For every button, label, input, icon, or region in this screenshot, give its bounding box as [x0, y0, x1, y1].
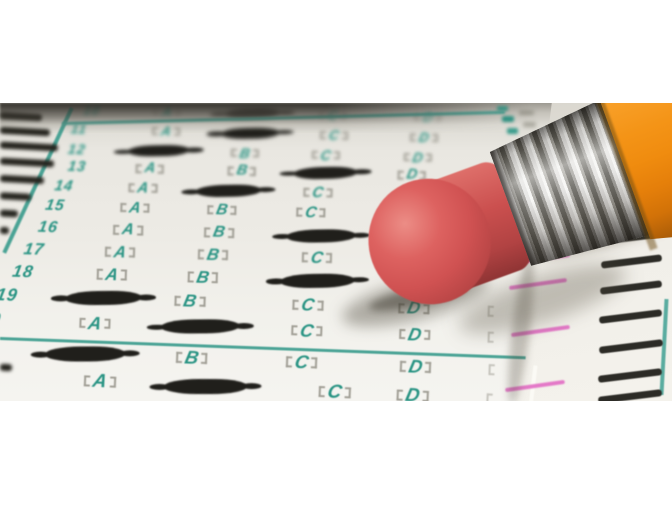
bubble-c: C	[292, 296, 323, 315]
bubble-letter: B	[182, 292, 198, 310]
bubble-letter: C	[293, 353, 310, 372]
bubble-letter: B	[238, 146, 251, 160]
bubble-c: C	[302, 249, 332, 266]
timing-mark	[0, 158, 54, 168]
timing-mark	[0, 192, 31, 201]
bubble-letter: A	[112, 244, 127, 261]
bubble-c	[309, 275, 324, 286]
bracket-right-icon	[311, 357, 317, 368]
bubble-b: B	[188, 268, 219, 286]
bracket-left-icon	[410, 133, 416, 141]
bubble-letter: C	[298, 322, 315, 340]
timing-mark	[0, 175, 44, 184]
bubble-b: B	[174, 292, 205, 311]
row-number: 19	[0, 284, 20, 306]
bracket-left-icon	[312, 151, 318, 160]
bubble-letter: A	[121, 222, 136, 238]
bracket-left-icon	[174, 295, 180, 306]
bubble-c	[317, 169, 332, 178]
bubble-a: A	[113, 222, 143, 239]
bubble-c: C	[318, 382, 351, 401]
bubble-c: C	[296, 205, 326, 221]
bubble-letter: B	[235, 164, 248, 179]
bubble-a	[150, 147, 165, 156]
row-number: 17	[22, 240, 46, 259]
bubble-letter: D	[407, 357, 424, 376]
bubble-b: B	[176, 348, 208, 368]
timing-mark	[0, 210, 18, 218]
bubble-letter: C	[319, 148, 332, 162]
row-number: 13	[66, 159, 87, 175]
bubble-c: C	[286, 352, 318, 372]
row-number: 14	[53, 177, 75, 194]
timing-mark	[0, 227, 9, 234]
row-number: 12	[67, 141, 87, 157]
bubble-letter: A	[143, 161, 156, 176]
bubble-letter: C	[326, 382, 344, 401]
bubble-b	[220, 186, 235, 195]
bubble-a: A	[105, 244, 135, 261]
bracket-left-icon	[136, 164, 142, 173]
bubble-letter: A	[128, 200, 142, 216]
bracket-right-icon	[129, 248, 135, 258]
bracket-left-icon	[303, 188, 309, 197]
bracket-right-icon	[422, 390, 429, 401]
bracket-right-icon	[250, 167, 256, 176]
bubble-a: A	[84, 371, 117, 391]
bracket-left-icon	[486, 393, 493, 401]
bracket-left-icon	[204, 228, 210, 238]
bracket-left-icon	[396, 389, 403, 401]
bubble-letter: B	[212, 225, 227, 241]
bracket-right-icon	[143, 204, 149, 213]
bubble-a	[77, 348, 92, 360]
bracket-right-icon	[201, 353, 207, 364]
bubble-letter: B	[195, 269, 211, 286]
pencil-mark	[293, 167, 357, 180]
row-number: 16	[36, 219, 59, 237]
bracket-left-icon	[113, 225, 119, 235]
bubble-ghost	[488, 364, 494, 375]
bubble-a: A	[97, 266, 128, 284]
bracket-left-icon	[400, 361, 406, 372]
pencil-mark	[163, 379, 247, 394]
bracket-right-icon	[151, 184, 157, 193]
row-number: 18	[11, 262, 36, 283]
bracket-left-icon	[79, 317, 85, 328]
bracket-left-icon	[399, 329, 405, 340]
bracket-right-icon	[230, 206, 236, 215]
bubble-d: D	[396, 386, 429, 401]
bracket-right-icon	[317, 300, 323, 311]
bubble-a: A	[128, 180, 157, 196]
bubble-letter: A	[104, 266, 120, 283]
bubble-letter: C	[311, 185, 325, 200]
bubble-letter: A	[87, 314, 104, 332]
bracket-left-icon	[105, 247, 111, 257]
bubble-a	[95, 293, 110, 304]
bubble-a: A	[136, 161, 165, 176]
bracket-right-icon	[334, 151, 340, 160]
row-number: 20	[0, 309, 3, 331]
bracket-right-icon	[109, 376, 116, 388]
bubble-b	[197, 380, 213, 392]
bubble-b	[192, 321, 207, 332]
out-of-focus-band	[0, 103, 545, 133]
bubble-letter: C	[309, 250, 324, 267]
bracket-right-icon	[212, 273, 218, 283]
bubble-letter: B	[183, 348, 200, 367]
bubble-c: C	[291, 321, 323, 340]
bubble-a: A	[79, 314, 111, 333]
pencil-mark	[44, 346, 125, 361]
bubble-letter: B	[215, 203, 229, 219]
pencil-mark	[286, 229, 357, 243]
bracket-right-icon	[121, 270, 127, 280]
pencil-mark	[127, 145, 189, 157]
timing-mark	[0, 141, 58, 151]
pencil-mark	[160, 319, 239, 334]
pencil-mark	[279, 273, 354, 288]
bracket-right-icon	[228, 228, 234, 238]
bracket-left-icon	[291, 325, 297, 336]
bracket-right-icon	[222, 250, 228, 260]
bracket-right-icon	[432, 134, 438, 142]
bracket-right-icon	[326, 253, 332, 263]
bracket-left-icon	[286, 356, 292, 367]
bubble-d: D	[400, 357, 432, 377]
bubble-letter: A	[136, 180, 150, 195]
pencil-mark	[195, 184, 261, 197]
bracket-left-icon	[198, 250, 204, 260]
bubble-letter: B	[205, 247, 220, 264]
bubble-letter: D	[404, 386, 422, 401]
bubble-c	[313, 231, 328, 241]
bracket-right-icon	[425, 362, 431, 373]
bracket-left-icon	[120, 203, 126, 212]
bubble-letter: C	[304, 205, 318, 221]
bracket-right-icon	[319, 208, 325, 217]
bracket-right-icon	[158, 165, 164, 174]
bubble-ghost	[486, 393, 493, 401]
bracket-left-icon	[97, 269, 103, 279]
row-number: 15	[44, 197, 67, 215]
bracket-right-icon	[253, 149, 259, 158]
scantron-photo: 10ACD11ACD12BCD13ABD14AC15ABC16AB17ABC18…	[0, 103, 672, 401]
bracket-left-icon	[302, 253, 308, 263]
bracket-right-icon	[104, 318, 110, 329]
bracket-right-icon	[316, 326, 322, 337]
bracket-left-icon	[296, 208, 302, 217]
bubble-b: B	[204, 224, 234, 241]
bracket-right-icon	[137, 226, 143, 236]
bracket-right-icon	[326, 188, 332, 197]
bracket-right-icon	[199, 296, 205, 307]
bubble-b: B	[207, 202, 237, 218]
bubble-b: B	[231, 146, 259, 161]
bubble-letter: A	[91, 372, 109, 391]
bracket-left-icon	[319, 386, 326, 398]
pencil-mark	[64, 291, 141, 306]
bracket-right-icon	[344, 387, 351, 399]
photo-page: 10ACD11ACD12BCD13ABD14AC15ABC16AB17ABC18…	[0, 0, 672, 510]
bubble-b: B	[198, 246, 228, 263]
bubble-letter: C	[300, 296, 316, 314]
bracket-left-icon	[207, 205, 213, 214]
bubble-c: C	[312, 148, 340, 163]
bracket-left-icon	[488, 364, 494, 375]
bracket-left-icon	[188, 272, 194, 282]
bracket-left-icon	[176, 352, 182, 363]
bracket-left-icon	[292, 299, 298, 310]
bracket-left-icon	[84, 375, 91, 387]
timing-mark	[0, 364, 12, 372]
bubble-b: B	[228, 163, 257, 178]
bubble-a: A	[120, 200, 150, 216]
bracket-left-icon	[231, 149, 237, 158]
bracket-left-icon	[128, 183, 134, 192]
bubble-c: C	[303, 185, 332, 201]
bracket-left-icon	[228, 166, 234, 175]
